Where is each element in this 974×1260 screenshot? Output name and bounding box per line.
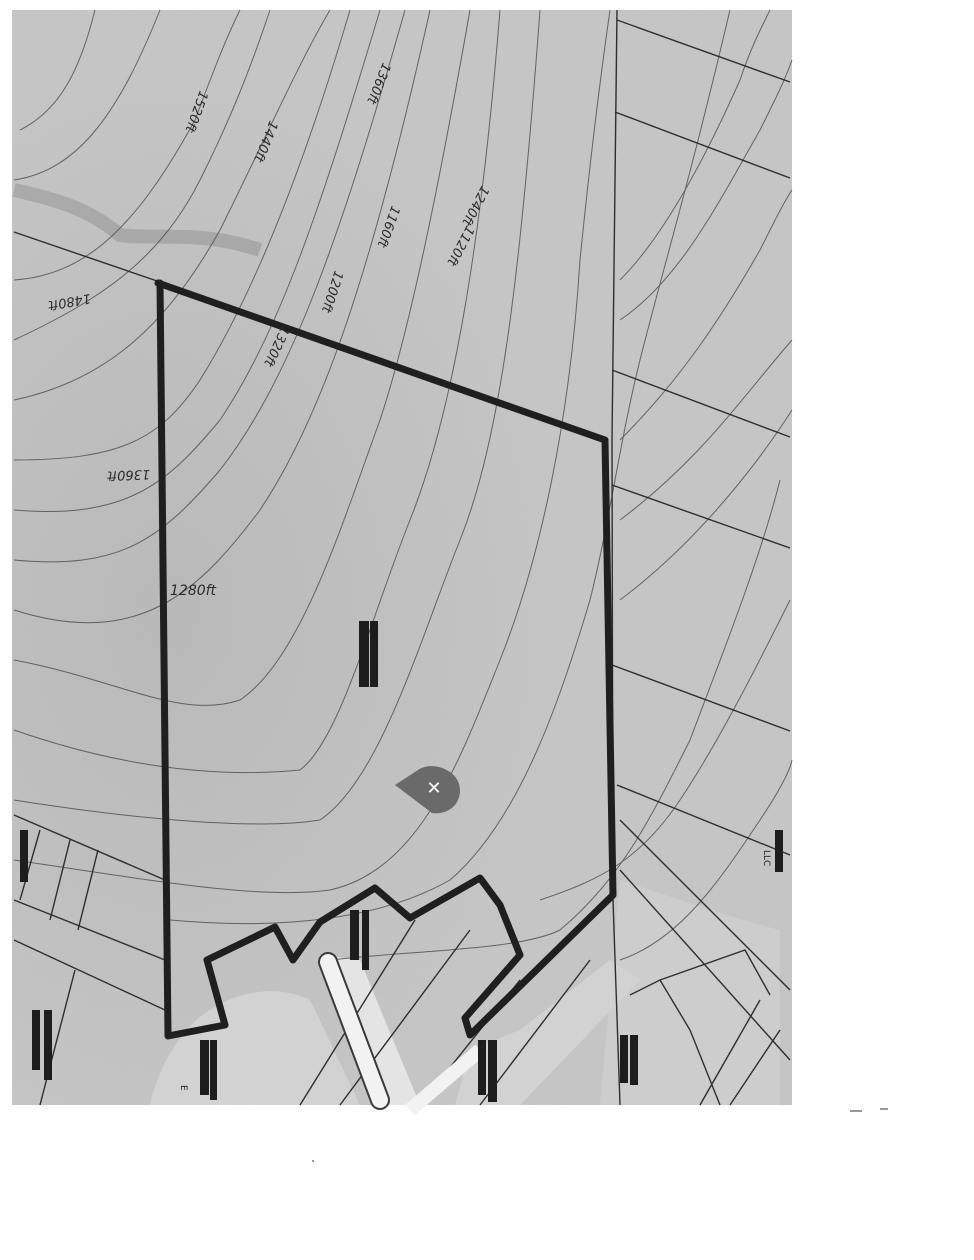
contour-label: 1360ft (106, 466, 150, 483)
close-x-icon: ✕ (426, 778, 441, 799)
topographic-map: E LLC 1520ft 1440ft 1360ft 1240ft 1480ft… (0, 0, 974, 1260)
contour-label: 1280ft (170, 583, 217, 599)
scan-specks (312, 1108, 888, 1162)
road-label-llc: LLC (761, 850, 771, 866)
road-label-e: E (178, 1085, 188, 1091)
